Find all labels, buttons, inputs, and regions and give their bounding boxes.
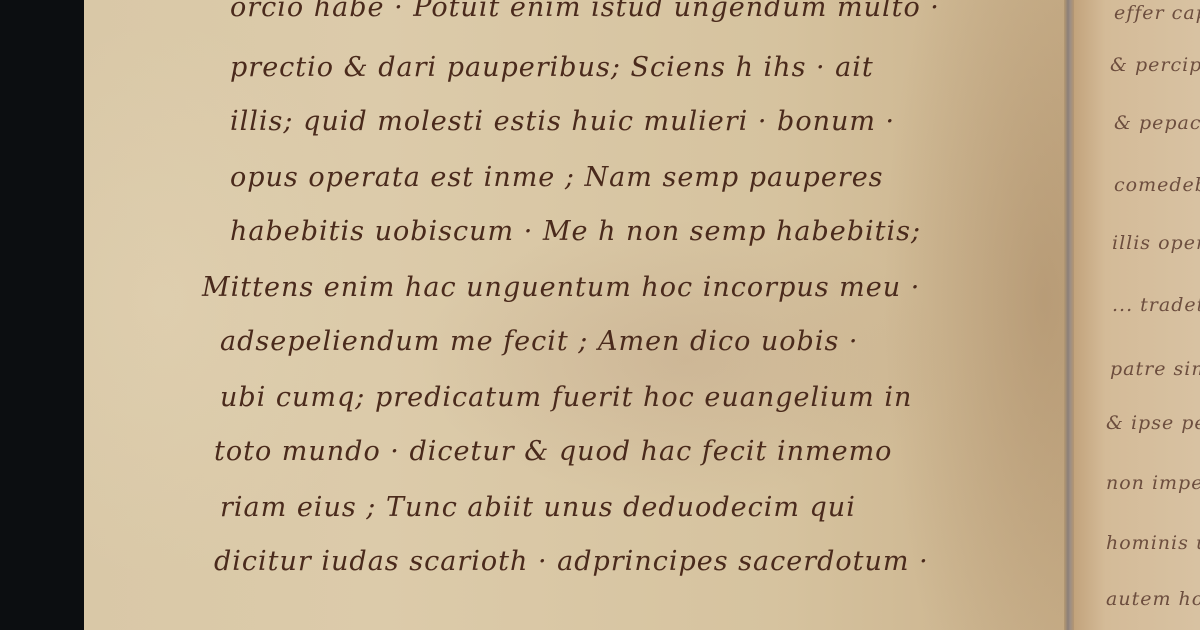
text-line: Mittens enim hac unguentum hoc incorpus … (202, 272, 920, 303)
manuscript-facing-page: effer capite ... & percipiunt ... & pepa… (1074, 0, 1200, 630)
facing-text-line: illis opere ; ... (1112, 232, 1200, 254)
facing-text-line: patre singula ... (1110, 358, 1200, 380)
facing-text-line: & ipse perfor... (1106, 412, 1200, 434)
facing-text-line: effer capite ... (1114, 2, 1200, 24)
page-gutter (1064, 0, 1074, 630)
facing-text-line: hominis uadit ... (1106, 532, 1200, 554)
text-line: opus operata est inme ; Nam semp paupere… (230, 162, 884, 193)
text-line: riam eius ; Tunc abiit unus deduodecim q… (220, 492, 856, 523)
facing-text-line: ... tradetur ... (1112, 294, 1200, 316)
facing-text-line: & pepaciuntur ... (1114, 112, 1200, 134)
text-line: habebitis uobiscum · Me h non semp habeb… (230, 216, 921, 247)
manuscript-main-page: orcio habe · Potuit enim istud ungendum … (84, 0, 1070, 630)
dark-binding-edge (0, 0, 84, 630)
facing-text-line: autem homini ... (1106, 588, 1200, 610)
facing-text-line: comedebatis ... (1114, 174, 1200, 196)
text-line: prectio & dari pauperibus; Sciens h ihs … (230, 52, 874, 83)
text-line: toto mundo · dicetur & quod hac fecit in… (214, 436, 892, 467)
main-text-block: orcio habe · Potuit enim istud ungendum … (84, 0, 1070, 630)
text-line: ubi cumq; predicatum fuerit hoc euangeli… (220, 382, 912, 413)
text-line: adsepeliendum me fecit ; Amen dico uobis… (220, 326, 859, 357)
text-line: orcio habe · Potuit enim istud ungendum … (230, 0, 940, 23)
facing-text-line: & percipiunt ... (1110, 54, 1200, 76)
text-line: illis; quid molesti estis huic mulieri ·… (230, 106, 895, 137)
facing-text-line: non imperaueri... (1106, 472, 1200, 494)
text-line: dicitur iudas scarioth · adprincipes sac… (214, 546, 929, 577)
